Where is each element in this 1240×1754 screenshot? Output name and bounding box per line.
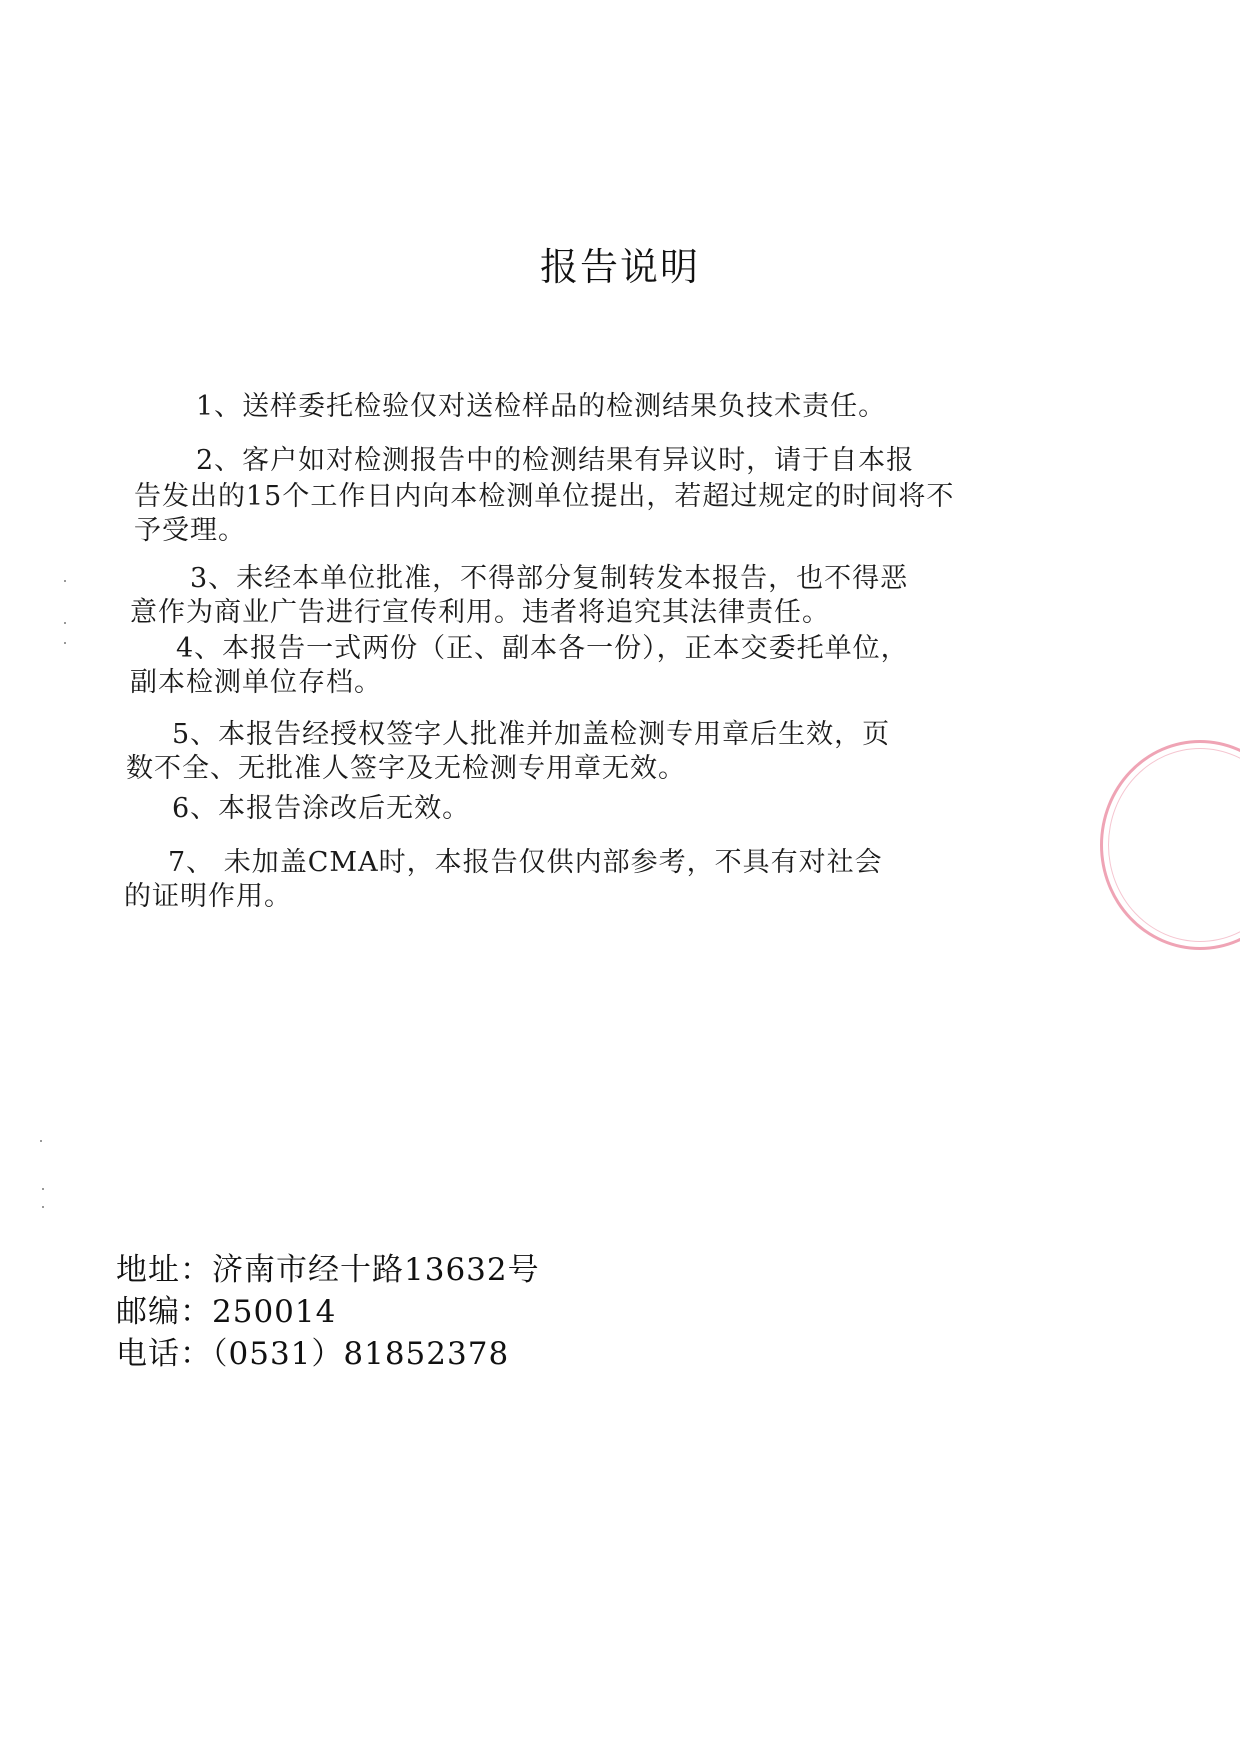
note-2-line-2: 告发出的15个工作日内向本检测单位提出，若超过规定的时间将不 — [134, 474, 954, 513]
note-7-line-2: 的证明作用。 — [124, 874, 292, 913]
scan-speck — [64, 642, 66, 644]
note-6-line-1: 6、本报告涂改后无效。 — [172, 786, 470, 825]
phone-text: 电话：（0531）81852378 — [116, 1328, 509, 1373]
note-4-line-2: 副本检测单位存档。 — [130, 660, 382, 699]
page-title: 报告说明 — [0, 236, 1240, 291]
scan-speck — [42, 1188, 44, 1190]
note-2-line-3: 予受理。 — [134, 508, 246, 547]
address-text: 地址：济南市经十路13632号 — [116, 1244, 540, 1289]
postcode-text: 邮编：250014 — [116, 1286, 336, 1331]
note-2-line-1: 2、客户如对检测报告中的检测结果有异议时，请于自本报 — [196, 438, 914, 477]
scan-speck — [64, 580, 66, 582]
scan-speck — [40, 1140, 42, 1142]
scan-speck — [64, 622, 66, 624]
note-3-line-2: 意作为商业广告进行宣传利用。违者将追究其法律责任。 — [130, 590, 830, 629]
scan-speck — [42, 1206, 44, 1208]
note-5-line-2: 数不全、无批准人签字及无检测专用章无效。 — [126, 746, 686, 785]
note-1-line-1: 1、送样委托检验仅对送检样品的检测结果负技术责任。 — [196, 384, 886, 423]
